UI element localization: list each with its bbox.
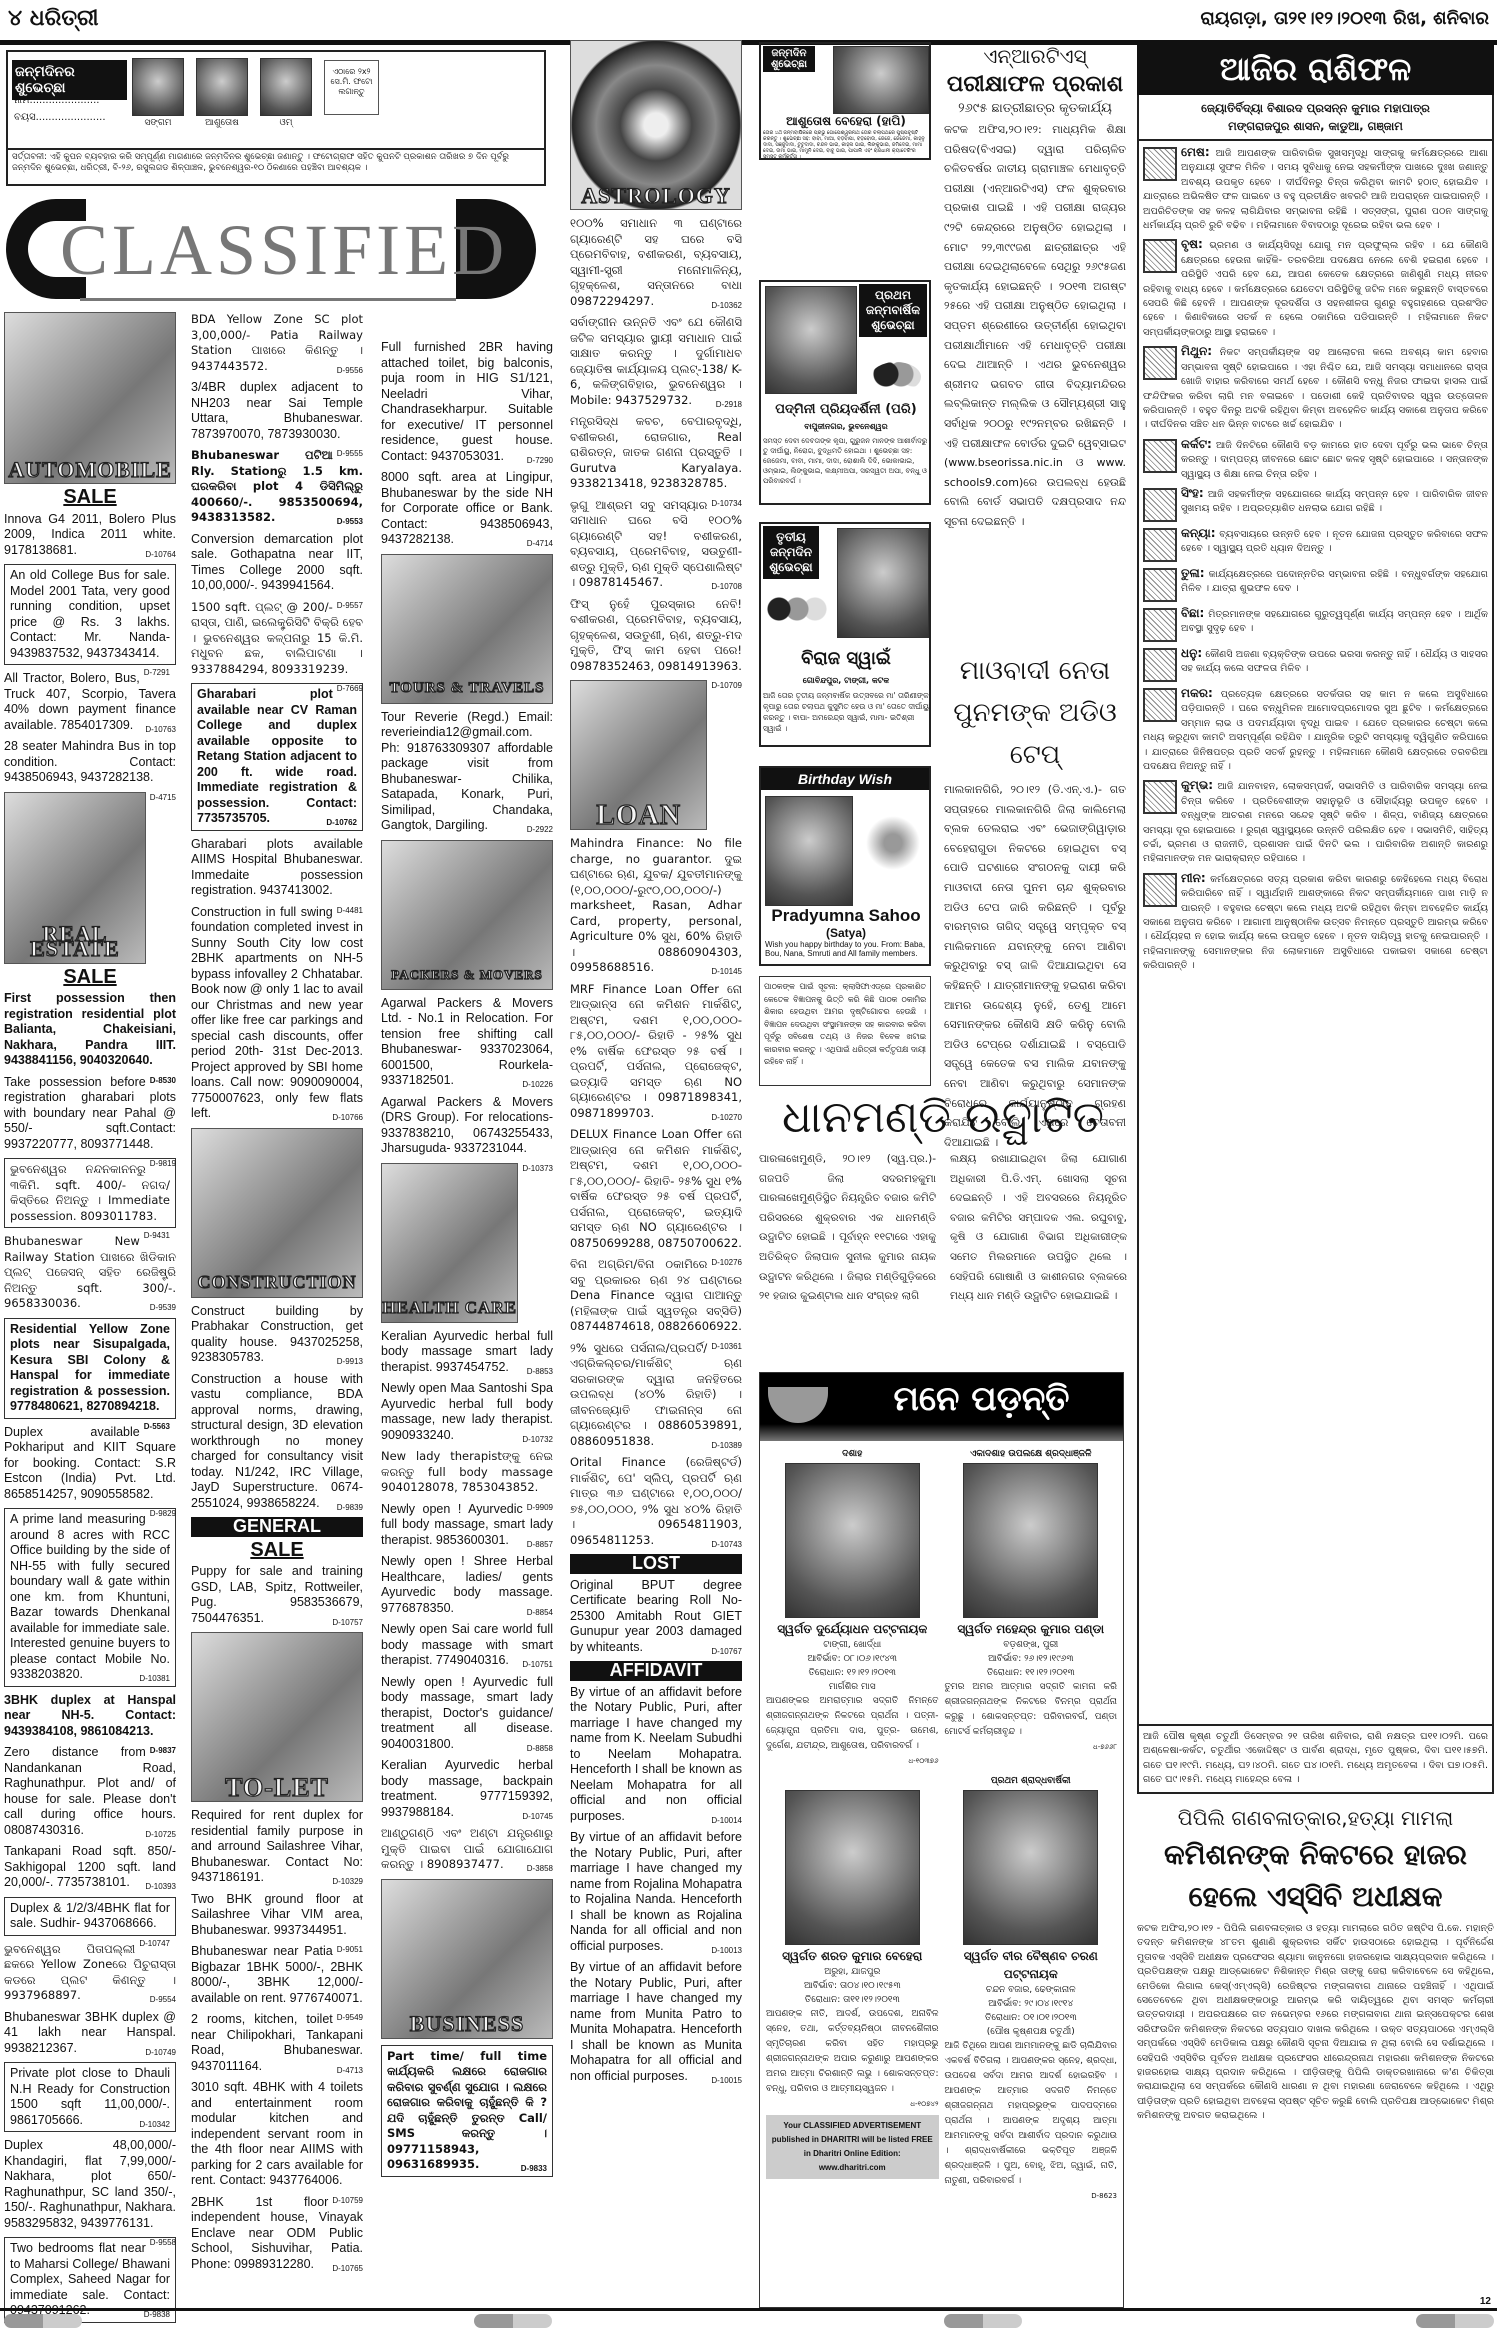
ad-code: D-9557 — [337, 598, 363, 614]
ad-text: Duplex & 1/2/3/4BHK flat for sale. Sudhi… — [10, 1901, 170, 1931]
child-name-3: ଓମ୍ — [260, 118, 312, 128]
ad-code: D-9554 — [150, 1992, 176, 2008]
obituary-entry: ଏକାଦଶାହ ଉପଲକ୍ଷେ ଶ୍ରଦ୍ଧାଞ୍ଜଳିସ୍ୱର୍ଗତ ମହେନ… — [945, 1447, 1118, 1768]
article-body-left: ପାରଳାଖେମୁଣ୍ଡି, ୨୦।୧୨ (ସ୍ୱ.ପ୍ର.)- ଗଜପତି ଜ… — [759, 1150, 936, 1328]
classified-ad: 3/4BR duplex adjacent to NH203 near Sai … — [191, 380, 363, 442]
classified-ad: ଫିସ୍ ନୁହେଁ ପୁରସ୍କାର ନେବି! ବଶୀକରଣ, ପ୍ରେମବ… — [570, 597, 742, 675]
zodiac-name: କର୍କଟ: — [1181, 437, 1212, 451]
ad-code: D-4481 — [337, 903, 363, 919]
obituary-message: ଆପଣଙ୍କର ଅମରାତ୍ମାର ସଦ୍ଗତି ନିମନ୍ତେ ଶ୍ରୀଜଗନ… — [766, 1694, 939, 1754]
ad-text: Zero distance from Nandankanan Road, Rag… — [4, 1745, 176, 1837]
flowers-icon — [865, 808, 921, 878]
ad-text: ୧୦୦% ସମାଧାନ ୩ ଘଣ୍ଟାରେ ଗ୍ୟାରେଣ୍ଟି ସହ ଘରେ … — [570, 216, 742, 308]
ad-code: D-10747 — [139, 1936, 170, 1952]
zodiac-sign-entry: ବୃଷ: ଭ୍ରମଣ ଓ କାର୍ଯ୍ୟସିଦ୍ଧି ଯୋଗୁ ମନ ପ୍ରଫୁ… — [1143, 237, 1488, 340]
zodiac-name: ବିଛା: — [1181, 606, 1204, 620]
ad-text: Construction a house with vastu complian… — [191, 1372, 363, 1510]
ad-code: D-10751 — [522, 1657, 553, 1673]
ad-text: First possession then registration resid… — [4, 991, 176, 1067]
child-name: ଆଶୁତୋଷ ବେହେରା (ହାପି) — [763, 114, 929, 129]
ad-text: ସର୍ବାଙ୍ଗୀନ ଉନ୍ନତି ଏବଂ ଯେ କୌଣସି ଜଟିଳ ସମସ୍… — [570, 315, 742, 407]
astrology-image: ASTROLOGY — [570, 40, 742, 210]
obituary-tag: ପ୍ରଥମ ଶ୍ରାଦ୍ଧବାର୍ଷିକୀ — [945, 1774, 1118, 1788]
classified-ad: Keralian Ayurvedic herbal full body mass… — [381, 1329, 553, 1376]
child-photo-2 — [196, 58, 248, 116]
ad-code: D-8854 — [527, 1605, 553, 1621]
zodiac-icon — [1143, 688, 1177, 722]
zodiac-name: ଧନୁ: — [1181, 646, 1202, 660]
zodiac-icon — [1143, 608, 1177, 642]
zodiac-icon — [1143, 439, 1177, 473]
obituary-died: ତିରୋଧାନ: ୦୧।୦୧।୨୦୧୩ — [945, 2011, 1118, 2025]
obituary-code: D-8623 — [945, 2189, 1118, 2203]
obituary-place: ବଡ଼ଶଙ୍ଖ, ପୁରୀ — [945, 1638, 1118, 1652]
ad-code: D-10014 — [711, 1813, 742, 1829]
ad-text: Agarwal Packers & Movers (DRS Group). Fo… — [381, 1095, 553, 1156]
article-body-right: ଲକ୍ଷ୍ୟ ରଖାଯାଇଥିବା ଜିଲା ଯୋଗାଣ ଅଧିକାରୀ ପି.… — [950, 1150, 1127, 1328]
page-number: 12 — [1478, 2296, 1491, 2307]
ad-text: Gharabari plot available near CV Raman C… — [197, 687, 357, 825]
ad-code: D-10270 — [711, 1110, 742, 1126]
zodiac-icon — [1143, 568, 1177, 602]
obituary-place: ଟାଙ୍ଗୀ, ଖୋର୍ଦ୍ଧା — [766, 1638, 939, 1652]
classified-ad: Newly open ! Shree Herbal Healthcare, la… — [381, 1554, 553, 1616]
page-label: ୪ ଧରିତ୍ରୀ — [8, 6, 99, 31]
construction-image: CONSTRUCTION — [191, 1128, 363, 1298]
photo-placeholder-box[interactable]: ଏଠାରେ ୨x୨ ସେ.ମି. ଫଟୋ ଲଗାନ୍ତୁ — [324, 60, 379, 115]
ad-text: 3010 sqft. 4BHK with 4 toilets and enter… — [191, 2080, 363, 2187]
ad-text: ଭୁବନେଶ୍ୱର ନନ୍ଦନକାନନରୁ ୩କିମି. sqft. 400/-… — [10, 1162, 170, 1223]
obituary-name: ସ୍ୱର୍ଗତ ବୀର ବୈଷ୍ଣବ ଚରଣ ପଟ୍ଟନାୟକ — [945, 1947, 1118, 1983]
ad-code: D-10745 — [522, 1809, 553, 1825]
column-4: ASTROLOGY ୧୦୦% ସମାଧାନ ୩ ଘଣ୍ଟାରେ ଗ୍ୟାରେଣ୍… — [570, 40, 742, 2090]
birthday-wish-4: Birthday Wish Pradyumna Sahoo (Satya) Wi… — [759, 766, 931, 966]
ad-text: A prime land measuring around 8 acres wi… — [10, 1512, 170, 1681]
ad-code: D-4713 — [337, 2063, 363, 2079]
ad-text: ୨% ସୁଧରେ ପର୍ସନାଲ/ପ୍ରପର୍ଟି/ ଏଗ୍ରିକଲ୍ଚର/ମା… — [570, 1341, 742, 1448]
ad-code: D-10767 — [711, 1644, 742, 1660]
obituary-section: ମନେ ପଡ଼ନ୍ତି ଦଶାହସ୍ୱର୍ଗତ ଦୁର୍ଯ୍ୟୋଧନ ପଟ୍ଟନ… — [759, 1372, 1124, 2308]
ad-text: DELUX Finance Loan Offer ନୋ ଆଡ୍ଭାନ୍ସ ନୋ … — [570, 1127, 742, 1250]
ad-text: By virtue of an affidavit before the Not… — [570, 1960, 742, 2083]
birthday-coupon: ଜନ୍ମଦିନର ଶୁଭେଚ୍ଛା ନାମ...................… — [6, 50, 546, 150]
sale-heading: SALE — [4, 490, 176, 506]
classified-ad: MRF Finance Loan Offer ନୋ ଆଡ୍ଭାନ୍ସ ନୋ କମ… — [570, 982, 742, 1122]
ad-code: D-10373 — [522, 1161, 553, 1177]
dateline: ରାୟଗଡ଼ା, ତା୨୧।୧୨।୨୦୧୩ ରିଖ, ଶନିବାର — [1200, 8, 1489, 29]
classified-ad: Orital Finance (ରେଜିଷ୍ଟର୍ଡ) ମାର୍କଶିଟ୍, ପ… — [570, 1455, 742, 1548]
ad-code: D-9837 — [150, 1743, 176, 1759]
ad-text: Conversion demarcation plot sale. Gothap… — [191, 532, 363, 593]
ad-code: D-10393 — [145, 1879, 176, 1895]
article-kicker: ଏନ୍ଆରଟିଏସ୍ — [944, 44, 1126, 68]
obituary-born: ଆବିର୍ଭାବ: ୨୬।୧୨।୧୯୬୩ — [945, 1652, 1118, 1666]
ad-code: D-8853 — [527, 1364, 553, 1380]
obituary-message: ତୁମର ଅମର ଆତ୍ମାର ସଦ୍ଗତି କାମନା କରି ଶ୍ରୀଜଗନ… — [945, 1680, 1118, 1740]
classified-ad: 28 seater Mahindra Bus in top condition.… — [4, 739, 176, 786]
ad-text: Gharabari plots available AIIMS Hospital… — [191, 837, 363, 898]
classified-ad: A prime land measuring around 8 acres wi… — [4, 1508, 176, 1687]
coupon-name-field[interactable]: ନାମ...................... — [14, 92, 106, 109]
ad-code: D-9553 — [337, 514, 363, 530]
ad-text: Mahindra Finance: No file charge, no gua… — [570, 836, 742, 974]
classified-ad: Construct building by Prabhakar Construc… — [191, 1304, 363, 1366]
classified-ad: ସର୍ବାଙ୍ଗୀନ ଉନ୍ନତି ଏବଂ ଯେ କୌଣସି ଜଟିଳ ସମସ୍… — [570, 315, 742, 408]
zodiac-name: ତୁଳା: — [1181, 566, 1205, 580]
article-headline: ପରୀକ୍ଷାଫଳ ପ୍ରକାଶ — [944, 72, 1126, 97]
classified-ad: ୨% ସୁଧରେ ପର୍ସନାଲ/ପ୍ରପର୍ଟି/ ଏଗ୍ରିକଲ୍ଚର/ମା… — [570, 1341, 742, 1450]
scroll-tab[interactable] — [1416, 2314, 1494, 2328]
zodiac-icon — [1143, 147, 1177, 181]
loan-image: LOAN — [570, 680, 707, 830]
article-headline: କମିଶନଙ୍କ ନିକଟରେ ହାଜର ହେଲେ ଏସ୍ସିବି ଅଧୀକ୍ଷ… — [1137, 1834, 1494, 1918]
ad-code: D-10709 — [711, 678, 742, 694]
ad-code: D-10743 — [711, 1537, 742, 1553]
classified-banner: CLASSIFIED — [0, 195, 546, 305]
ad-code: D-8530 — [150, 1073, 176, 1089]
ad-code: D-10013 — [711, 1943, 742, 1959]
ad-text: By virtue of an affidavit before the Not… — [570, 1685, 742, 1823]
obituary-photo — [963, 1790, 1098, 1945]
ad-code: D-9819 — [150, 1156, 176, 1172]
ad-text: Original BPUT degree Certificate bearing… — [570, 1578, 742, 1654]
classified-ad: Private plot close to Dhauli N.H Ready f… — [4, 2062, 176, 2132]
classified-ad: Duplex 48,00,000/- Khandagiri, flat 7,99… — [4, 2138, 176, 2231]
obituary-code: ଧ-୧୦୭୪୨ — [766, 2097, 939, 2111]
ad-text: Orital Finance (ରେଜିଷ୍ଟର୍ଡ) ମାର୍କଶିଟ୍, ପ… — [570, 1455, 742, 1547]
classified-ad: Tankapani Road sqft. 850/- Sakhigopal 12… — [4, 1844, 176, 1891]
ad-code: D-10725 — [145, 1827, 176, 1843]
column-3: Full furnished 2BR having attached toile… — [381, 340, 553, 2183]
article-body: କଟକ ଅଫିସ,୨୦।୧୨: ମାଧ୍ୟମିକ ଶିକ୍ଷା ପରିଷଦ(ବି… — [944, 120, 1126, 540]
ad-code: D-9555 — [337, 446, 363, 462]
panjika: ଆଜି ପୌଷ କୃଷ୍ଣ ଚତୁର୍ଥୀ ଡିସେମ୍ବର ୨୧ ତାରିଖ … — [1137, 1726, 1494, 1794]
wish-message: ତୋର ୪ର୍ଥ ଜନ୍ମବାର୍ଷିକରେ ପ୍ରଭୁ ଗୋପେଶ୍ୱରନାଥ… — [763, 130, 929, 160]
child-photo — [837, 528, 929, 638]
classified-ad: Tour Reverie (Regd.) Email: reverieindia… — [381, 710, 553, 834]
classified-ad: ମନ୍ତ୍ରସିଦ୍ଧ କବଚ, ବେପାରବୃଦ୍ଧି, ବଶୀକରଣ, ରୋ… — [570, 414, 742, 492]
zodiac-sign-entry: ଧନୁ: କୌଣସି ଅଜଣା ବ୍ୟକ୍ତିଙ୍କ ଉପରେ ଭରସା କରନ… — [1143, 646, 1488, 682]
wish-tag: ଜନ୍ମଦିନ ଶୁଭେଚ୍ଛା — [763, 46, 815, 72]
ad-code: D-10015 — [711, 2073, 742, 2089]
zodiac-name: ମିଥୁନ: — [1181, 344, 1212, 358]
ad-code: D-3858 — [527, 1861, 553, 1877]
obituary-extra: (ପୌଷ କୃଷ୍ଣପକ୍ଷ ଚତୁର୍ଥୀ) — [945, 2025, 1118, 2039]
reader-notice: ପାଠକଙ୍କ ପାଇଁ ସୂଚନା: କ୍ଲାସିଫାଏଡ୍ରେ ପ୍ରକାଶ… — [759, 976, 931, 1086]
ad-code: D-9431 — [144, 1228, 170, 1244]
zodiac-icon — [1143, 346, 1177, 380]
classified-ad: Bhubaneswar 3BHK duplex @ 41 lakh near H… — [4, 2010, 176, 2057]
zodiac-text: କୌଣସି ଅଜଣା ବ୍ୟକ୍ତିଙ୍କ ଉପରେ ଭରସା କରନ୍ତୁ ନ… — [1181, 649, 1488, 674]
sale-heading: SALE — [4, 970, 176, 986]
classified-ad: Puppy for sale and training GSD, LAB, Sp… — [191, 1564, 363, 1626]
ad-code: D-10381 — [139, 1671, 170, 1687]
wish-tag: ପ୍ରଥମ ଜନ୍ମବାର୍ଷିକ ଶୁଭେଚ୍ଛା — [859, 284, 927, 337]
article-deck: ୨୬୯୫ ଛାତ୍ରୀଛାତ୍ର କୃତକାର୍ଯ୍ୟ — [944, 101, 1126, 116]
wish-tag: Birthday Wish — [761, 768, 929, 790]
classified-ad: Two BHK ground floor at Sailashree Vihar… — [191, 1892, 363, 1939]
person-photo — [765, 796, 853, 906]
obituary-born: ଆବିର୍ଭାବ: ୨୯।୦୪।୧୯୧୪ — [945, 1997, 1118, 2011]
ad-text: New lady therapistଙ୍କୁ ନେଇ କରନ୍ତୁ full b… — [381, 1449, 553, 1494]
classified-ad: Duplex available Pokhariput and KIIT Squ… — [4, 1425, 176, 1503]
classified-ad: Mahindra Finance: No file charge, no gua… — [570, 836, 742, 976]
zodiac-text: ନିକଟ ସମ୍ପର୍କୀୟଙ୍କ ସହ ଆଲୋଚନା କଲେ ଅବଶ୍ୟ କା… — [1143, 347, 1488, 430]
zodiac-icon — [1143, 780, 1177, 814]
ad-code: D-10764 — [145, 547, 176, 563]
zodiac-name: କୁମ୍ଭ: — [1181, 778, 1213, 792]
ad-code: D-10389 — [711, 1438, 742, 1454]
zodiac-icon — [1143, 873, 1177, 907]
child-photo — [833, 46, 929, 114]
zodiac-name: କନ୍ୟା: — [1181, 526, 1216, 540]
obituary-photo — [963, 1463, 1098, 1618]
ad-text: Newly open ! Ayurvedic full body massage… — [381, 1675, 553, 1751]
ad-code: D-10749 — [145, 2045, 176, 2061]
classified-ad: Required for rent duplex for residential… — [191, 1808, 363, 1886]
classified-ad: Newly open Maa Santoshi Spa Ayurvedic he… — [381, 1381, 553, 1443]
ad-text: ଭୃଗୁ ଆଶ୍ରମ ସବୁ ସମସ୍ୟାର ସମାଧାନ ଘରେ ବସି ୧୦… — [570, 498, 742, 590]
ad-code: D-10362 — [711, 298, 742, 314]
column-1: AUTOMOBILE SALE Innova G4 2011, Bolero P… — [4, 312, 176, 2329]
classified-ad: ଭୃଗୁ ଆଶ୍ରମ ସବୁ ସମସ୍ୟାର ସମାଧାନ ଘରେ ବସି ୧୦… — [570, 498, 742, 591]
obituary-died: ତିରୋଧାନ: ୧୧।୧୨।୨୦୧୩ — [945, 1666, 1118, 1680]
birthday-wish-3: ତୃତୀୟ ଜନ୍ମଦିନ ଶୁଭେଚ୍ଛା ବିରାଜ ସ୍ୱାଇଁ ଗୋବି… — [759, 522, 931, 747]
obituary-message: ଆପଣଙ୍କ ନୀତି, ଆଦର୍ଶ, ଉପଦେଶ, ଅନାବିଳ ସ୍ନେହ,… — [766, 2007, 939, 2097]
ad-text: ମନ୍ତ୍ରସିଦ୍ଧ କବଚ, ବେପାରବୃଦ୍ଧି, ବଶୀକରଣ, ରୋ… — [570, 414, 742, 490]
person-nick: (Satya) — [763, 926, 929, 940]
scroll-tab[interactable] — [474, 2314, 552, 2328]
obituary-entry: ପ୍ରଥମ ଶ୍ରାଦ୍ଧବାର୍ଷିକୀସ୍ୱର୍ଗତ ବୀର ବୈଷ୍ଣବ … — [945, 1774, 1118, 2203]
lamp-icon — [768, 1387, 828, 1423]
zodiac-name: ମକର: — [1181, 686, 1213, 700]
ad-code: D-2918 — [716, 397, 742, 413]
ad-code: D-10329 — [332, 1874, 363, 1890]
zodiac-icon — [1143, 528, 1177, 562]
person-name: Pradyumna Sahoo — [763, 906, 929, 926]
packers-image: PACKERS & MOVERS — [381, 840, 553, 990]
child-photo-3 — [260, 58, 312, 116]
ad-code: D-9839 — [337, 1500, 363, 1516]
scroll-tab[interactable] — [4, 2314, 82, 2328]
classified-ad: Agarwal Packers & Movers Ltd. - No.1 in … — [381, 996, 553, 1089]
ad-code: D-7291 — [144, 665, 170, 681]
obituary-died: ତିରୋଧାନ: ୧୨।୧୨।୨୦୧୩ — [766, 1666, 939, 1680]
ad-code: D-9913 — [337, 1354, 363, 1370]
zodiac-text: ଭ୍ରମଣ ଓ କାର୍ଯ୍ୟସିଦ୍ଧି ଯୋଗୁ ମନ ପ୍ରଫୁଲ୍ଲ ର… — [1143, 240, 1488, 337]
zodiac-sign-entry: ମିଥୁନ: ନିକଟ ସମ୍ପର୍କୀୟଙ୍କ ସହ ଆଲୋଚନା କଲେ ଅ… — [1143, 344, 1488, 432]
ad-code: D-9556 — [337, 363, 363, 379]
classified-ad: Duplex & 1/2/3/4BHK flat for sale. Sudhi… — [4, 1897, 176, 1936]
ad-code: D-4714 — [527, 536, 553, 552]
ad-text: MRF Finance Loan Offer ନୋ ଆଡ୍ଭାନ୍ସ ନୋ କମ… — [570, 982, 742, 1120]
ad-text: 3BHK duplex at Hanspal near NH-5. Contac… — [4, 1693, 176, 1738]
business-image: BUSINESS — [381, 1879, 553, 2039]
ad-code: D-10732 — [522, 1432, 553, 1448]
child-place: ବାପୁଜୀନଗର, ଭୁବନେଶ୍ୱର — [763, 422, 929, 432]
obituary-photo — [785, 1463, 920, 1618]
classified-ad: Keralian Ayurvedic herbal body massage, … — [381, 1758, 553, 1820]
ad-text: ଫିସ୍ ନୁହେଁ ପୁରସ୍କାର ନେବି! ବଶୀକରଣ, ପ୍ରେମବ… — [570, 597, 742, 673]
sale-heading: SALE — [191, 1543, 363, 1559]
classified-ad: Full furnished 2BR having attached toile… — [381, 340, 553, 464]
zodiac-name: ବୃଷ: — [1181, 237, 1203, 251]
automobile-image: AUTOMOBILE — [4, 312, 176, 484]
ad-text: Required for rent duplex for residential… — [191, 1808, 363, 1884]
coupon-terms: ଜନ୍ମ ତାରିଖ...................... ସର୍ତ୍ତା… — [6, 150, 546, 186]
child-name-2: ଆଶୁତୋଷ — [196, 118, 248, 128]
real-estate-image: REAL ESTATE — [4, 792, 146, 964]
classified-ad: Original BPUT degree Certificate bearing… — [570, 1578, 742, 1656]
ad-text: Two bedrooms flat near to Maharsi Colleg… — [10, 2241, 170, 2317]
general-heading: GENERAL — [191, 1517, 363, 1537]
classified-ad: Gharabari plot available near CV Raman C… — [191, 683, 363, 831]
ad-code: D-10226 — [522, 1077, 553, 1093]
article-headline: ଧାନମଣ୍ଡି ଉଦ୍ଘାଟିତ — [759, 1090, 1127, 1146]
astrologer-name: ଜ୍ୟୋତିର୍ବିଦ୍ୟା ବିଶାରଦ ପ୍ରସନ୍ନ କୁମାର ମହାପ… — [1143, 99, 1488, 117]
ad-text: Two BHK ground floor at Sailashree Vihar… — [191, 1892, 363, 1937]
horoscope-title: ଆଜିର ରାଶିଫଳ — [1137, 44, 1494, 95]
ad-text: 28 seater Mahindra Bus in top condition.… — [4, 739, 176, 784]
zodiac-text: କର୍ମକ୍ଷେତ୍ରରେ ସତ୍ୟ ପ୍ରକାଶ କରିବା କାରଣରୁ କ… — [1143, 874, 1488, 971]
zodiac-sign-entry: ସିଂହ: ଆଜି ସହକର୍ମୀଙ୍କ ସହଯୋଗରେ କାର୍ଯ୍ୟ ସମ୍… — [1143, 486, 1488, 522]
child-name: ପଦ୍ମିନୀ ପ୍ରିୟଦର୍ଶିନୀ (ପରି) — [763, 402, 929, 417]
health-care-image: HEALTH CARE — [381, 1163, 518, 1323]
ad-code: D-10342 — [139, 2117, 170, 2133]
zodiac-sign-entry: ତୁଳା: କାର୍ଯ୍ୟକ୍ଷେତ୍ରରେ ପଦୋନ୍ନତିର ସମ୍ଭାବନ… — [1143, 566, 1488, 602]
obituary-place: ଅରୁହା, ଯାଜପୁର — [766, 1965, 939, 1979]
ad-code: D-5563 — [144, 1419, 170, 1435]
ad-text: Duplex 48,00,000/- Khandagiri, flat 7,99… — [4, 2138, 176, 2230]
zodiac-name: ମେଷ: — [1181, 145, 1210, 159]
zodiac-icon — [1143, 239, 1177, 273]
obituary-photo — [785, 1790, 920, 1945]
ad-code: D-10765 — [332, 2261, 363, 2277]
ad-text: Bhubaneswar New Railway Station ପାଖରେ ଖି… — [4, 1234, 176, 1310]
page-header: ୪ ଧରିତ୍ରୀ ରାୟଗଡ଼ା, ତା୨୧।୧୨।୨୦୧୩ ରିଖ, ଶନି… — [0, 0, 1497, 44]
obituary-message: ଆଜି ତିଥିରେ ଆପଣ ଆମମାନଙ୍କୁ ଛାଡି ଚାଲିଯିବାର … — [945, 2039, 1118, 2189]
affidavit-heading: AFFIDAVIT — [570, 1661, 742, 1681]
child-photo-1 — [132, 58, 184, 116]
obituary-name: ସ୍ୱର୍ଗତ ଶରତ କୁମାର ବେହେରା — [766, 1947, 939, 1965]
ad-code: D-7669 — [337, 681, 363, 697]
ad-code: D-10145 — [711, 964, 742, 980]
classified-ad: Agarwal Packers & Movers (DRS Group). Fo… — [381, 1095, 553, 1157]
article-headline: ମାଓବାଦୀ ନେତା ପୁନମଙ୍କ ଅଡିଓ ଟେପ୍ — [944, 650, 1126, 776]
classified-ad: Conversion demarcation plot sale. Gothap… — [191, 532, 363, 594]
ad-text: Agarwal Packers & Movers Ltd. - No.1 in … — [381, 996, 553, 1088]
lost-heading: LOST — [570, 1554, 742, 1574]
wish-message: ଆଜି ତୋର ତୃତୀୟ ଜନ୍ମବାର୍ଷିକ ଉତ୍ସବରେ ମା' ତା… — [763, 690, 929, 745]
obituary-extra: ମାର୍ଗଶିର ମାସ — [766, 1680, 939, 1694]
birthday-wish-2: ପ୍ରଥମ ଜନ୍ମବାର୍ଷିକ ଶୁଭେଚ୍ଛା ପଦ୍ମିନୀ ପ୍ରିୟ… — [759, 280, 931, 505]
obituary-died: ତିରୋଧାନ: ତା୧୧।୧୨।୨୦୧୩ — [766, 1993, 939, 2007]
zodiac-sign-entry: ବିଛା: ମିତ୍ରମାନଙ୍କ ସହଯୋଗରେ ଗୁରୁତ୍ୱପୂର୍ଣ୍ଣ… — [1143, 606, 1488, 642]
zodiac-text: ଆଜି ଦିନଟିରେ କୌଣସି ବଡ଼ କାମରେ ହାତ ଦେବା ପୂର… — [1181, 440, 1488, 480]
ad-code: D-9909 — [527, 1500, 553, 1516]
classified-ad: Construction in full swing foundation co… — [191, 905, 363, 1122]
classified-ad: Zero distance from Nandankanan Road, Rag… — [4, 1745, 176, 1838]
ad-text: Tour Reverie (Regd.) Email: reverieindia… — [381, 710, 553, 833]
ad-code: D-10757 — [332, 1615, 363, 1631]
online-edition-promo: Your CLASSIFIED ADVERTISEMENT published … — [766, 2115, 939, 2179]
horoscope-section: ଆଜିର ରାଶିଫଳ ଜ୍ୟୋତିର୍ବିଦ୍ୟା ବିଶାରଦ ପ୍ରସନ୍… — [1137, 44, 1494, 1794]
zodiac-sign-entry: କର୍କଟ: ଆଜି ଦିନଟିରେ କୌଣସି ବଡ଼ କାମରେ ହାତ ଦ… — [1143, 437, 1488, 482]
obituary-born: ଆବିର୍ଭାବ: ତା୦୪।୧୦।୧୯୫୩ — [766, 1979, 939, 1993]
ad-text: Duplex available Pokhariput and KIIT Squ… — [4, 1425, 176, 1501]
coupon-age-field[interactable]: ବୟସ...................... — [14, 109, 106, 126]
ad-code: D-8858 — [527, 1741, 553, 1757]
obituary-name: ସ୍ୱର୍ଗତ ମହେନ୍ଦ୍ର କୁମାର ପଣ୍ଡା — [945, 1620, 1118, 1638]
classified-ad: Gharabari plots available AIIMS Hospital… — [191, 837, 363, 899]
obituary-code: ଧ-୧୦୩୭୬ — [766, 1754, 939, 1768]
ntse-article: ଏନ୍ଆରଟିଏସ୍ ପରୀକ୍ଷାଫଳ ପ୍ରକାଶ ୨୬୯୫ ଛାତ୍ରୀଛ… — [944, 44, 1126, 540]
zodiac-text: ମିତ୍ରମାନଙ୍କ ସହଯୋଗରେ ଗୁରୁତ୍ୱପୂର୍ଣ୍ଣ କାର୍ଯ… — [1181, 609, 1488, 634]
birthday-wish-1: ଜନ୍ମଦିନ ଶୁଭେଚ୍ଛା ଆଶୁତୋଷ ବେହେରା (ହାପି) ତୋ… — [759, 42, 931, 160]
ad-code: D-10734 — [711, 496, 742, 512]
zodiac-name: ମୀନ: — [1181, 871, 1206, 885]
zodiac-sign-entry: ମେଷ: ଆଜି ଆପଣଙ୍କ ପାରିବାରିକ ସୁଖସମୃଦ୍ଧି ସାଙ… — [1143, 145, 1488, 233]
classified-ad: ୧୦୦% ସମାଧାନ ୩ ଘଣ୍ଟାରେ ଗ୍ୟାରେଣ୍ଟି ସହ ଘରେ … — [570, 216, 742, 309]
astrologer-address: ମଙ୍ଗରାଜପୁର ଶାସନ, କାଡୁଆ, ଗଞ୍ଜାମ — [1143, 117, 1488, 135]
mandi-article: ଧାନମଣ୍ଡି ଉଦ୍ଘାଟିତ ପାରଳାଖେମୁଣ୍ଡି, ୨୦।୧୨ (… — [759, 1090, 1127, 1328]
child-place: ଗୋବିନ୍ଦପୁର, ଟାଙ୍ଗୀ, କଟକ — [763, 676, 929, 686]
obituary-banner: ମନେ ପଡ଼ନ୍ତି — [760, 1373, 1123, 1441]
article-kicker: ପିପିଲି ଗଣବଳାତ୍କାର,ହତ୍ୟା ମାମଲା — [1137, 1806, 1494, 1830]
ad-code: D-8857 — [527, 1537, 553, 1553]
zodiac-name: ସିଂହ: — [1181, 486, 1204, 500]
wish-tag: ତୃତୀୟ ଜନ୍ମଦିନ ଶୁଭେଚ୍ଛା — [763, 526, 819, 579]
ad-text: 3/4BR duplex adjacent to NH203 near Sai … — [191, 380, 363, 441]
zodiac-sign-entry: ମକର: ପ୍ରତ୍ୟେକ କ୍ଷେତ୍ରରେ ସତର୍କତାର ସହ କାମ … — [1143, 686, 1488, 774]
scroll-tab[interactable] — [944, 2314, 1022, 2328]
classified-ad: 3BHK duplex at Hanspal near NH-5. Contac… — [4, 1693, 176, 1740]
zodiac-text: ବ୍ୟବସାୟରେ ଉନ୍ନତି ହେବ । ନୂତନ ଯୋଜନା ପ୍ରସ୍ତ… — [1181, 529, 1488, 554]
obituary-entry: ଦଶାହସ୍ୱର୍ଗତ ଦୁର୍ଯ୍ୟୋଧନ ପଟ୍ଟନାୟକଟାଙ୍ଗୀ, ଖ… — [766, 1447, 939, 1768]
ad-code: D-10708 — [711, 579, 742, 595]
ad-code: D-9833 — [521, 2161, 547, 2177]
ad-code: D-4715 — [150, 790, 176, 806]
ad-code: D-9829 — [150, 1506, 176, 1522]
classified-ad: 3010 sqft. 4BHK with 4 toilets and enter… — [191, 2080, 363, 2189]
classified-ad: Residential Yellow Zone plots near Sisup… — [4, 1318, 176, 1419]
ad-code: D-9549 — [337, 2010, 363, 2026]
zodiac-text: ଆଜି ଆପଣଙ୍କ ପାରିବାରିକ ସୁଖସମୃଦ୍ଧି ସାଙ୍ଗକୁ … — [1143, 148, 1488, 231]
zodiac-sign-entry: କନ୍ୟା: ବ୍ୟବସାୟରେ ଉନ୍ନତି ହେବ । ନୂତନ ଯୋଜନା… — [1143, 526, 1488, 562]
ad-code: D-9558 — [150, 2235, 176, 2251]
ad-code: D-2922 — [527, 822, 553, 838]
zodiac-text: କାର୍ଯ୍ୟକ୍ଷେତ୍ରରେ ପଦୋନ୍ନତିର ସମ୍ଭାବନା ରହିଛ… — [1181, 569, 1488, 594]
ad-code: D-10763 — [145, 722, 176, 738]
classified-ad: Innova G4 2011, Bolero Plus 2009, Indica… — [4, 512, 176, 559]
ad-text: An old College Bus for sale. Model 2001 … — [10, 568, 170, 660]
ad-code: D-10361 — [711, 1339, 742, 1355]
classified-ad: Part time/ full time କାର୍ଯ୍ୟକରି ଲକ୍ଷରେ ର… — [381, 2045, 553, 2177]
child-name: ବିରାଜ ସ୍ୱାଇଁ — [763, 648, 929, 669]
classified-ad: By virtue of an affidavit before the Not… — [570, 1830, 742, 1954]
child-name-1: ସଙ୍ଗମ — [132, 118, 184, 128]
banner-text: CLASSIFIED — [60, 209, 480, 292]
classified-ad: First possession then registration resid… — [4, 991, 176, 1069]
zodiac-sign-entry: ମୀନ: କର୍ମକ୍ଷେତ୍ରରେ ସତ୍ୟ ପ୍ରକାଶ କରିବା କାର… — [1143, 871, 1488, 974]
obituary-entry: ସ୍ୱର୍ଗତ ଶରତ କୁମାର ବେହେରାଅରୁହା, ଯାଜପୁରଆବି… — [766, 1774, 939, 2203]
zodiac-sign-entry: କୁମ୍ଭ: ଆଜି ଯାନବାହନ, ଲୋକସମ୍ପର୍କ, ସଭାସମିତି… — [1143, 778, 1488, 866]
zodiac-text: ଆଜି ଯାନବାହନ, ଲୋକସମ୍ପର୍କ, ସଭାସମିତି ଓ ପାରି… — [1143, 781, 1488, 864]
to-let-image: TO-LET — [191, 1632, 363, 1802]
classified-ad: Bhubaneswar New Railway Station ପାଖରେ ଖି… — [4, 1234, 176, 1312]
ad-text: 8000 sqft. area at Lingipur, Bhubaneswar… — [381, 470, 553, 546]
classified-ad: ଆଣ୍ଠୁଗଣ୍ଠି ଏବଂ ଅଣ୍ଟା ଯନ୍ତ୍ରଣାରୁ ମୁକ୍ତି ପ… — [381, 1826, 553, 1873]
